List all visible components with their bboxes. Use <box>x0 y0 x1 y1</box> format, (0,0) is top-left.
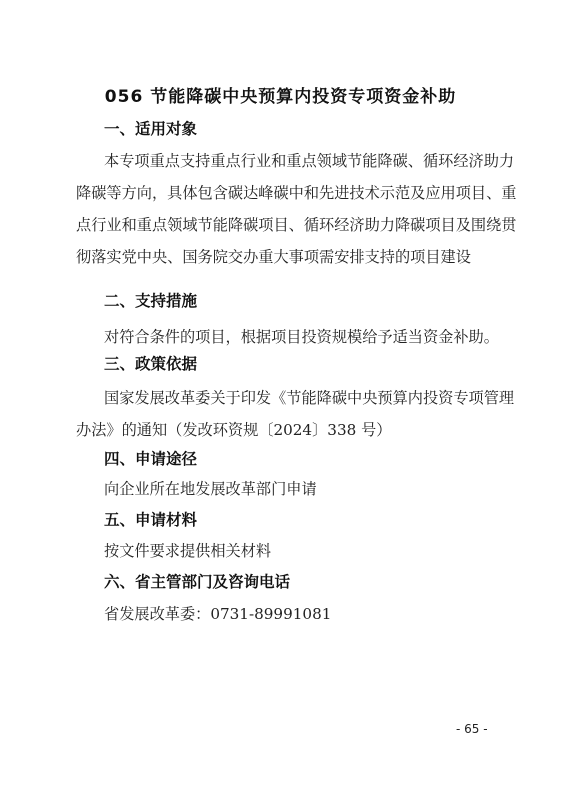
section-heading-application-materials: 五、申请材料 <box>104 508 197 530</box>
section-heading-support-measures: 二、支持措施 <box>104 289 197 311</box>
document-title: 056 节能降碳中央预算内投资专项资金补助 <box>0 82 561 107</box>
section-body-policy-basis: 国家发展改革委关于印发《节能降碳中央预算内投资专项管理 办法》的通知（发改环资规… <box>76 382 486 446</box>
paragraph-line: 本专项重点支持重点行业和重点领域节能降碳、循环经济助力 <box>76 145 486 177</box>
page-number: - 65 - <box>456 722 488 736</box>
document-page: 056 节能降碳中央预算内投资专项资金补助 一、适用对象 本专项重点支持重点行业… <box>0 0 561 793</box>
paragraph-line: 降碳等方向，具体包含碳达峰碳中和先进技术示范及应用项目、重 <box>76 177 486 209</box>
section-body-application-materials: 按文件要求提供相关材料 <box>104 540 271 561</box>
paragraph-line: 彻落实党中央、国务院交办重大事项需安排支持的项目建设 <box>76 241 486 273</box>
section-body-contact: 省发展改革委：0731-89991081 <box>104 603 331 624</box>
section-heading-policy-basis: 三、政策依据 <box>104 352 197 374</box>
paragraph-line: 办法》的通知（发改环资规〔2024〕338 号） <box>76 414 486 446</box>
section-heading-application-channel: 四、申请途径 <box>104 447 197 469</box>
section-heading-contact: 六、省主管部门及咨询电话 <box>104 570 290 592</box>
section-body-applicable-targets: 本专项重点支持重点行业和重点领域节能降碳、循环经济助力 降碳等方向，具体包含碳达… <box>76 145 486 273</box>
section-body-support-measures: 对符合条件的项目，根据项目投资规模给予适当资金补助。 <box>104 326 499 347</box>
section-heading-applicable-targets: 一、适用对象 <box>104 117 197 139</box>
section-body-application-channel: 向企业所在地发展改革部门申请 <box>104 478 317 499</box>
paragraph-line: 国家发展改革委关于印发《节能降碳中央预算内投资专项管理 <box>76 382 486 414</box>
paragraph-line: 点行业和重点领域节能降碳项目、循环经济助力降碳项目及围绕贯 <box>76 209 486 241</box>
